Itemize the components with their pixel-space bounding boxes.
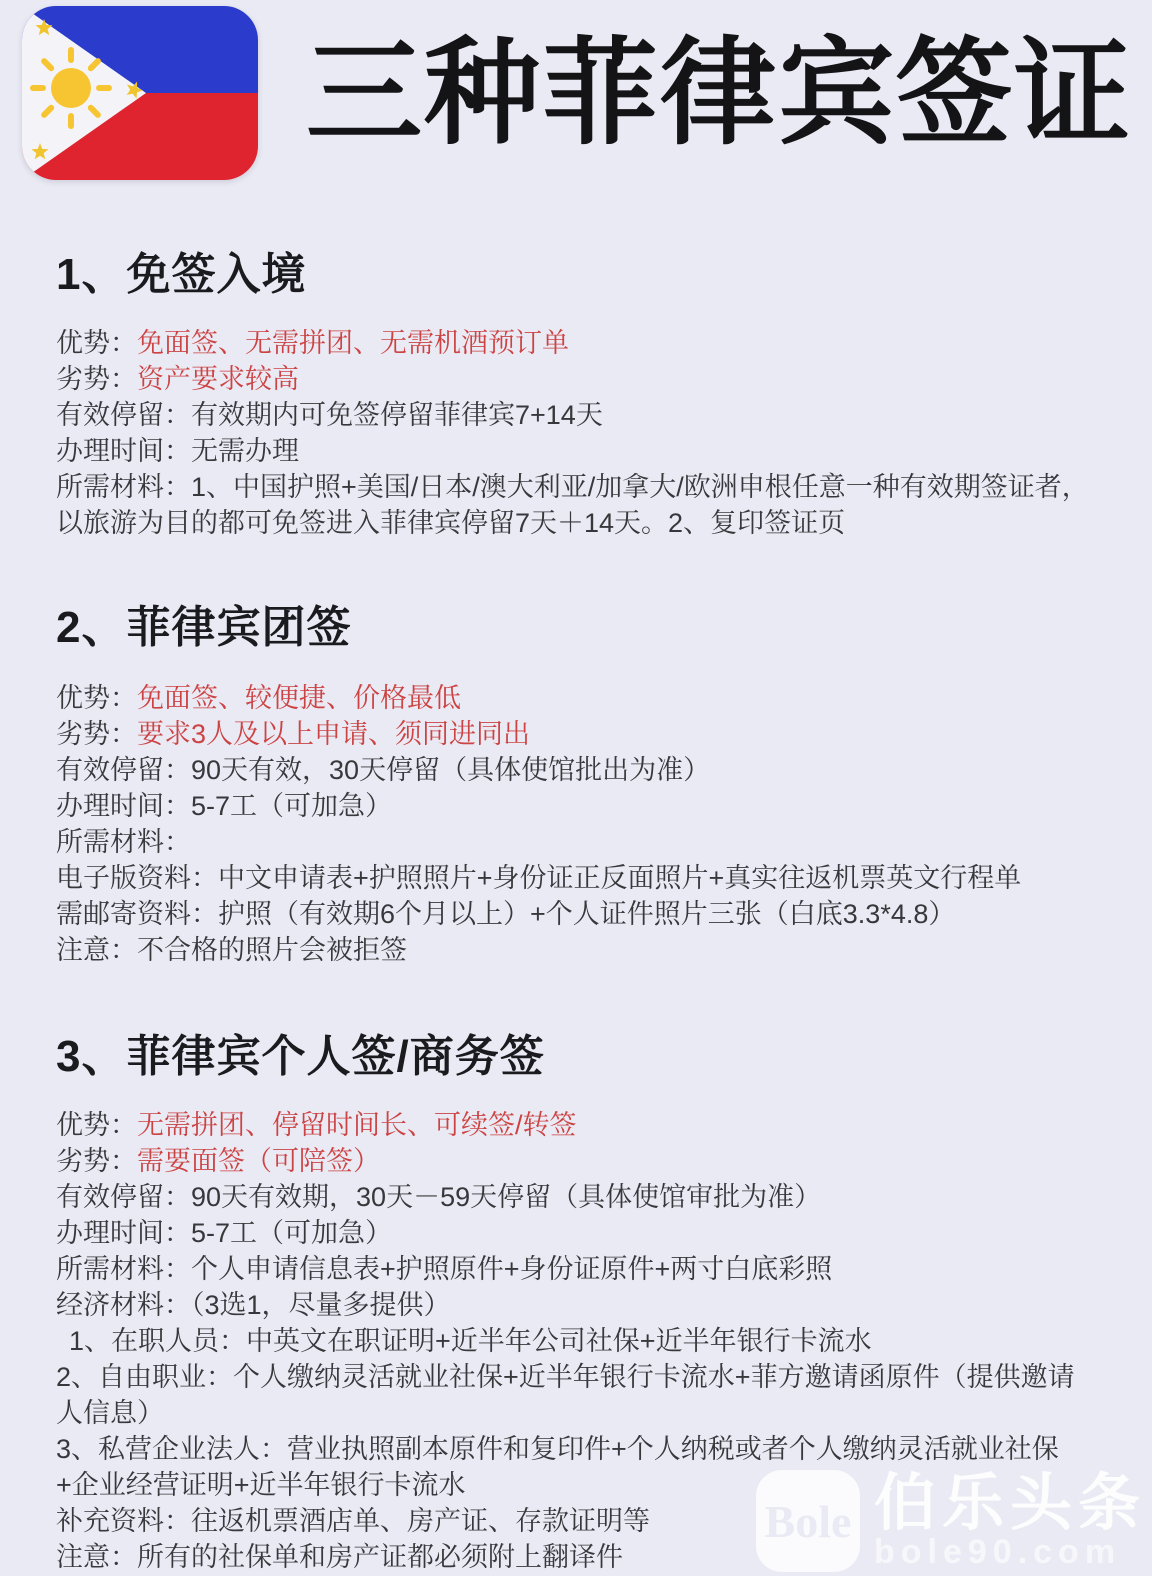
watermark: Bole 伯乐头条 bole90.com	[756, 1470, 1146, 1572]
processing-time-line: 办理时间：无需办理	[56, 433, 1096, 469]
line-label: 办理时间：	[56, 1218, 191, 1248]
line-label: 补充资料：	[56, 1506, 191, 1536]
line-label: 1、在职人员：	[69, 1326, 246, 1356]
disadvantages-line: 劣势：需要面签（可陪签）	[56, 1143, 1096, 1179]
validity-stay-line: 有效停留：90天有效期，30天－59天停留（具体使馆审批为准）	[56, 1179, 1096, 1215]
philippines-flag-icon	[22, 6, 258, 180]
line-value: 90天有效，30天停留（具体使馆批出为准）	[191, 755, 710, 785]
page-title: 三种菲律宾签证	[306, 35, 1132, 151]
line-value: 1、中国护照+美国/日本/澳大利亚/加拿大/欧洲申根任意一种有效期签证者，以旅游…	[56, 472, 1089, 538]
required-materials-line: 所需材料：个人申请信息表+护照原件+身份证原件+两寸白底彩照	[56, 1251, 1096, 1287]
section-group-visa: 2、菲律宾团签 优势：免面签、较便捷、价格最低 劣势：要求3人及以上申请、须同进…	[56, 605, 1096, 968]
line-label: 劣势：	[56, 364, 137, 394]
line-value: 无需办理	[191, 436, 299, 466]
line-value: 个人申请信息表+护照原件+身份证原件+两寸白底彩照	[191, 1254, 832, 1284]
line-label: 劣势：	[56, 1146, 137, 1176]
advantages-line: 优势：无需拼团、停留时间长、可续签/转签	[56, 1107, 1096, 1143]
processing-time-line: 办理时间：5-7工（可加急）	[56, 788, 1096, 824]
line-value: 无需拼团、停留时间长、可续签/转签	[137, 1110, 577, 1140]
line-label: 电子版资料：	[56, 863, 218, 893]
advantages-line: 优势：免面签、较便捷、价格最低	[56, 680, 1096, 716]
line-label: 经济材料：	[56, 1290, 191, 1320]
line-label: 优势：	[56, 328, 137, 358]
section-heading: 2、菲律宾团签	[56, 605, 1096, 651]
line-label: 注意：	[56, 935, 137, 965]
line-value: 免面签、无需拼团、无需机酒预订单	[137, 328, 569, 358]
watermark-brand: 伯乐头条	[874, 1473, 1146, 1535]
header: 三种菲律宾签证	[0, 0, 1152, 180]
economic-materials-line: 经济材料：（3选1，尽量多提供）	[56, 1287, 1096, 1323]
line-label: 劣势：	[56, 719, 137, 749]
line-label: 有效停留：	[56, 1182, 191, 1212]
validity-stay-line: 有效停留：90天有效，30天停留（具体使馆批出为准）	[56, 752, 1096, 788]
line-value: 5-7工（可加急）	[191, 1218, 392, 1248]
line-value: 护照（有效期6个月以上）+个人证件照片三张（白底3.3*4.8）	[218, 899, 955, 929]
line-label: 注意：	[56, 1542, 137, 1572]
line-value: 中文申请表+护照照片+身份证正反面照片+真实往返机票英文行程单	[218, 863, 1021, 893]
line-label: 所需材料：	[56, 827, 191, 857]
section-lines: 优势：免面签、无需拼团、无需机酒预订单 劣势：资产要求较高 有效停留：有效期内可…	[56, 325, 1096, 541]
mailing-materials-line: 需邮寄资料：护照（有效期6个月以上）+个人证件照片三张（白底3.3*4.8）	[56, 896, 1096, 932]
section-heading: 3、菲律宾个人签/商务签	[56, 1034, 1096, 1080]
line-label: 需邮寄资料：	[56, 899, 218, 929]
line-value: 不合格的照片会被拒签	[137, 935, 407, 965]
watermark-text: 伯乐头条 bole90.com	[874, 1470, 1146, 1572]
validity-stay-line: 有效停留：有效期内可免签停留菲律宾7+14天	[56, 397, 1096, 433]
section-visa-free-entry: 1、免签入境 优势：免面签、无需拼团、无需机酒预订单 劣势：资产要求较高 有效停…	[56, 252, 1096, 541]
disadvantages-line: 劣势：资产要求较高	[56, 361, 1096, 397]
line-label: 3、私营企业法人：	[56, 1434, 287, 1464]
freelancer-line: 2、自由职业：个人缴纳灵活就业社保+近半年银行卡流水+菲方邀请函原件（提供邀请人…	[56, 1359, 1096, 1431]
bole-logo-icon: Bole	[756, 1470, 860, 1572]
content: 1、免签入境 优势：免面签、无需拼团、无需机酒预订单 劣势：资产要求较高 有效停…	[0, 252, 1152, 1575]
employed-person-line: 1、在职人员：中英文在职证明+近半年公司社保+近半年银行卡流水	[56, 1323, 1096, 1359]
line-label: 优势：	[56, 683, 137, 713]
line-label: 优势：	[56, 1110, 137, 1140]
section-heading: 1、免签入境	[56, 252, 1096, 298]
processing-time-line: 办理时间：5-7工（可加急）	[56, 1215, 1096, 1251]
line-value: （3选1，尽量多提供）	[191, 1290, 451, 1320]
line-label: 所需材料：	[56, 1254, 191, 1284]
line-value: 需要面签（可陪签）	[137, 1146, 380, 1176]
line-value: 中英文在职证明+近半年公司社保+近半年银行卡流水	[246, 1326, 872, 1356]
line-value: 所有的社保单和房产证都必须附上翻译件	[137, 1542, 623, 1572]
line-value: 90天有效期，30天－59天停留（具体使馆审批为准）	[191, 1182, 821, 1212]
line-label: 有效停留：	[56, 400, 191, 430]
section-lines: 优势：免面签、较便捷、价格最低 劣势：要求3人及以上申请、须同进同出 有效停留：…	[56, 680, 1096, 968]
line-label: 2、自由职业：	[56, 1362, 233, 1392]
line-label: 有效停留：	[56, 755, 191, 785]
electronic-materials-line: 电子版资料：中文申请表+护照照片+身份证正反面照片+真实往返机票英文行程单	[56, 860, 1096, 896]
required-materials-line: 所需材料：1、中国护照+美国/日本/澳大利亚/加拿大/欧洲申根任意一种有效期签证…	[56, 469, 1096, 541]
line-value: 5-7工（可加急）	[191, 791, 392, 821]
line-label: 办理时间：	[56, 791, 191, 821]
visa-infographic-page: 三种菲律宾签证 1、免签入境 优势：免面签、无需拼团、无需机酒预订单 劣势：资产…	[0, 0, 1152, 1576]
note-line: 注意：不合格的照片会被拒签	[56, 932, 1096, 968]
line-label: 所需材料：	[56, 472, 191, 502]
line-value: 要求3人及以上申请、须同进同出	[137, 719, 530, 749]
line-value: 往返机票酒店单、房产证、存款证明等	[191, 1506, 650, 1536]
required-materials-line: 所需材料：	[56, 824, 1096, 860]
disadvantages-line: 劣势：要求3人及以上申请、须同进同出	[56, 716, 1096, 752]
line-value: 免面签、较便捷、价格最低	[137, 683, 461, 713]
line-label: 办理时间：	[56, 436, 191, 466]
watermark-url: bole90.com	[874, 1535, 1146, 1569]
advantages-line: 优势：免面签、无需拼团、无需机酒预订单	[56, 325, 1096, 361]
line-value: 资产要求较高	[137, 364, 299, 394]
line-value: 有效期内可免签停留菲律宾7+14天	[191, 400, 603, 430]
